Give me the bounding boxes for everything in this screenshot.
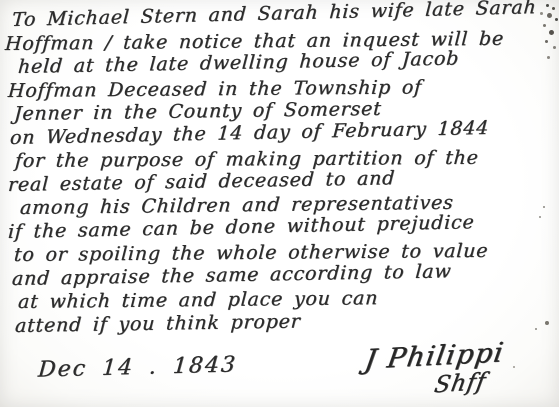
- document-footer: Dec 14 . 1843 J Philippi Shff: [0, 343, 559, 407]
- scan-artifact-speckles: [546, 4, 549, 7]
- scanned-document-page: To Michael Stern and Sarah his wife late…: [0, 0, 559, 407]
- document-date: Dec 14 . 1843: [37, 352, 238, 382]
- signature-block: J Philippi Shff: [365, 341, 504, 399]
- document-body-text: To Michael Stern and Sarah his wife late…: [0, 9, 559, 338]
- scan-artifact-speckles: [543, 206, 545, 208]
